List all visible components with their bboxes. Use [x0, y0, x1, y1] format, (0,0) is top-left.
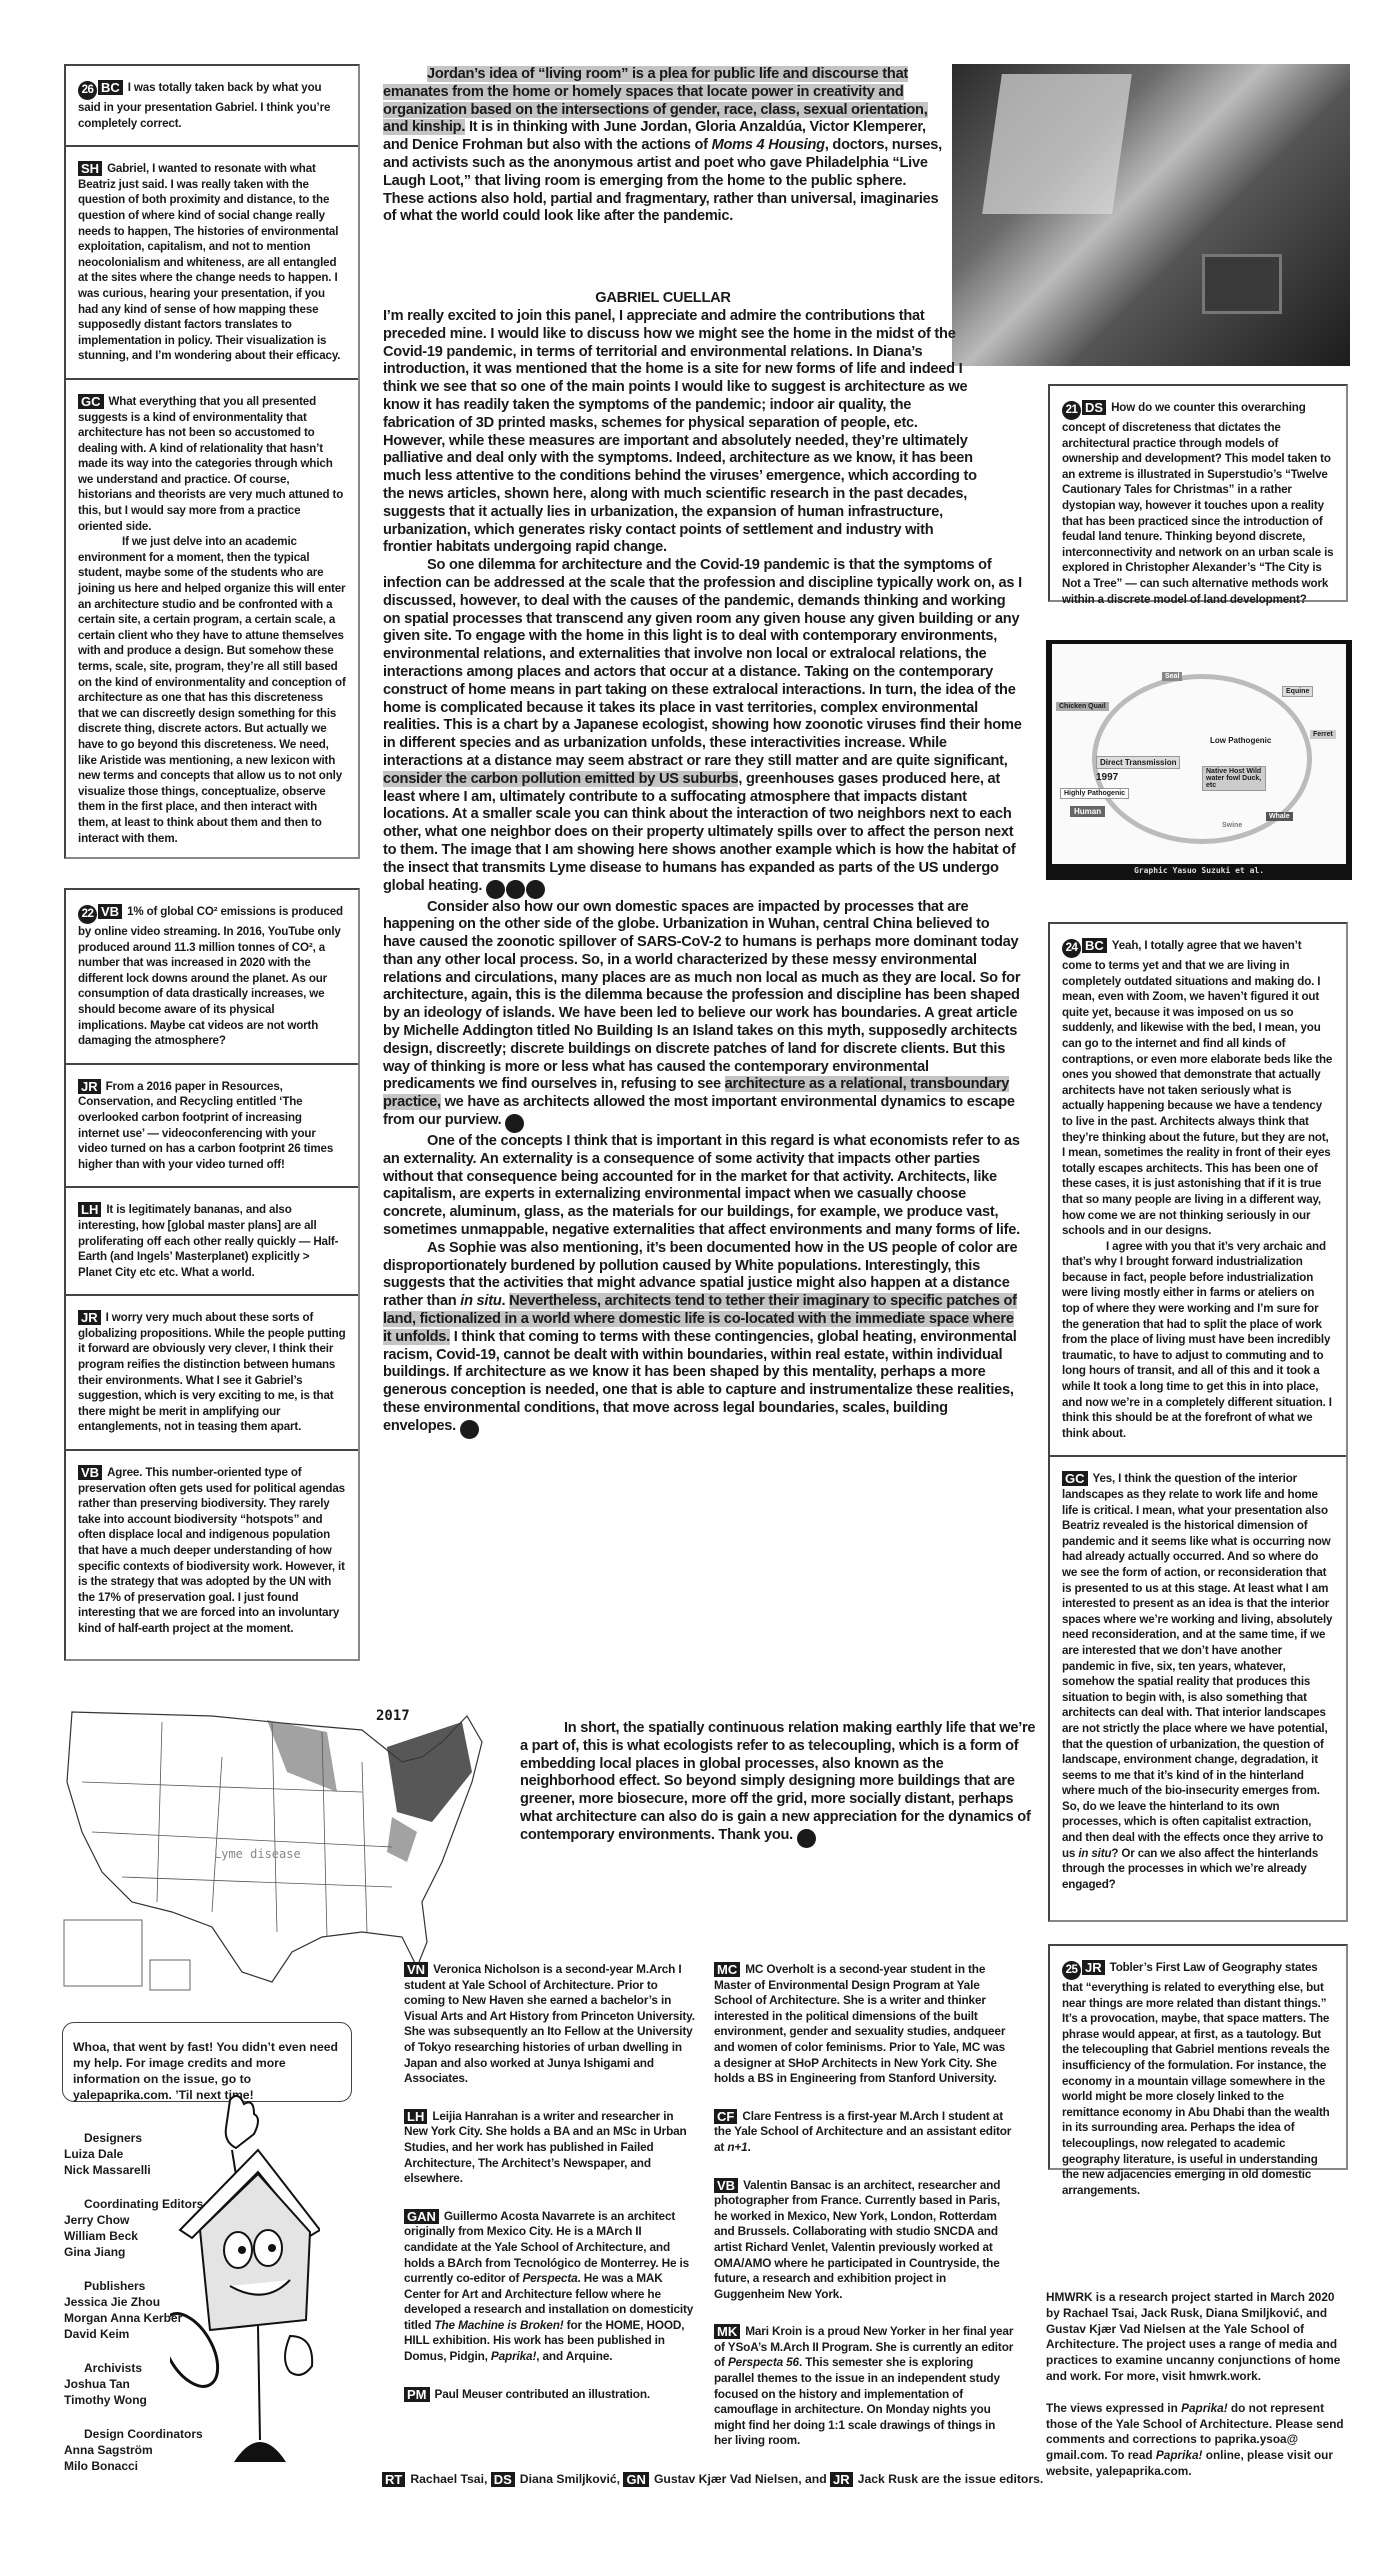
credit-group: Designers Luiza Dale Nick Massarelli [64, 2130, 214, 2178]
credit-name: Timothy Wong [64, 2392, 214, 2408]
editor-name: Rachael Tsai, [410, 2472, 487, 2486]
bio-text: Leijia Hanrahan is a writer and research… [404, 2109, 687, 2185]
comment-ds-21: 21DSHow do we counter this overarching c… [1050, 386, 1346, 621]
credit-role: Archivists [64, 2360, 214, 2376]
diagram-label-ferret: Ferret [1310, 730, 1336, 739]
footnote-marker: 26 [797, 1829, 816, 1848]
footnote-marker: 23 [526, 880, 545, 899]
footnote-marker: 26 [78, 81, 97, 100]
credit-role: Publishers [64, 2278, 214, 2294]
bio-vb: VBValentin Bansac is an architect, resea… [714, 2178, 1014, 2303]
credit-role: Coordinating Editors [64, 2196, 214, 2212]
diagram-caption: Graphic Yasuo Suzuki et al. [1046, 866, 1352, 875]
comment-jr-25: 25JRTobler’s First Law of Geography stat… [1050, 1946, 1346, 2212]
publication-name: Paprika! [1156, 2448, 1203, 2462]
bio-italic: n+1 [727, 2140, 747, 2154]
comment-box-left-2: 22VB1% of global CO² emissions is produc… [64, 888, 360, 1661]
comment-jr-2: JRI worry very much about these sorts of… [66, 1296, 358, 1451]
bio-italic: The Machine is Broken! [434, 2318, 563, 2332]
credit-name: Luiza Dale [64, 2146, 214, 2162]
comment-text: It is legitimately bananas, and also int… [78, 1203, 338, 1278]
comment-gc: GCWhat everything that you all presented… [66, 380, 358, 860]
paragraph-2: So one dilemma for architecture and the … [383, 557, 1023, 898]
speaker-name: GABRIEL CUELLAR [595, 290, 730, 306]
footnote-marker: 22 [78, 905, 97, 924]
footnote-marker: 25 [460, 1420, 479, 1439]
editor-name: Gustav Kjær Vad Nielsen, and [654, 2472, 827, 2486]
bio-italic: Perspecta [522, 2271, 577, 2285]
comment-box-right-3: 25JRTobler’s First Law of Geography stat… [1048, 1944, 1348, 2170]
bio-text: Valentin Bansac is an architect, researc… [714, 2178, 1000, 2301]
author-badge: GAN [404, 2209, 439, 2224]
comment-text: Agree. This number-oriented type of pres… [78, 1466, 345, 1635]
paragraph-5: As Sophie was also mentioning, it’s been… [383, 1240, 1023, 1439]
author-badge: LH [404, 2109, 427, 2124]
comment-box-right-1: 21DSHow do we counter this overarching c… [1048, 384, 1348, 602]
credit-name: William Beck [64, 2228, 214, 2244]
bio-text: , and Arquine. [536, 2349, 612, 2363]
credit-name: Anna Sagström [64, 2442, 214, 2458]
bio-lh: LHLeijia Hanrahan is a writer and resear… [404, 2109, 696, 2187]
bio-text: Paul Meuser contributed an illustration. [435, 2387, 651, 2401]
author-badge: GC [1062, 1471, 1088, 1486]
footnote-marker: 25 [1062, 1961, 1081, 1980]
disclaimer-text: The views expressed in [1046, 2401, 1181, 2415]
contributor-bios-col2: MCMC Overholt is a second-year student i… [714, 1962, 1014, 2471]
bio-gan: GANGuillermo Acosta Navarrete is an arch… [404, 2209, 696, 2365]
bio-mc: MCMC Overholt is a second-year student i… [714, 1962, 1014, 2087]
comment-text: What everything that you all presented s… [78, 395, 343, 533]
disclaimer: The views expressed in Paprika! do not r… [1046, 2401, 1346, 2480]
paragraph-3: Consider also how our own domestic space… [383, 899, 1023, 1134]
diagram-label-1997: 1997 [1096, 772, 1118, 783]
bio-cf: CFClare Fentress is a first-year M.Arch … [714, 2109, 1014, 2156]
comment-gc-2: GCYes, I think the question of the inter… [1050, 1457, 1346, 1906]
author-badge: VB [98, 904, 122, 919]
credit-name: Jerry Chow [64, 2212, 214, 2228]
credit-name: Gina Jiang [64, 2244, 214, 2260]
bio-italic: Paprika! [491, 2349, 536, 2363]
article-text: I think that coming to terms with these … [383, 1329, 1017, 1434]
author-badge: GN [623, 2472, 649, 2487]
comment-text-continued: If we just delve into an academic enviro… [78, 534, 346, 846]
comment-text: I worry very much about these sorts of g… [78, 1311, 346, 1433]
comment-box-right-2: 24BCYeah, I totally agree that we haven’… [1048, 922, 1348, 1922]
speaker-heading: GABRIEL CUELLAR [383, 290, 943, 308]
comment-text: From a 2016 paper in Resources, Conserva… [78, 1080, 333, 1171]
highlighted-quote: consider the carbon pollution emitted by… [383, 771, 738, 787]
comment-lh: LHIt is legitimately bananas, and also i… [66, 1188, 358, 1296]
comment-vb-22: 22VB1% of global CO² emissions is produc… [66, 890, 358, 1065]
paragraph-6: In short, the spatially continuous relat… [520, 1720, 1040, 1848]
footnote-marker: 21 [486, 880, 505, 899]
credit-group: Archivists Joshua Tan Timothy Wong [64, 2360, 214, 2408]
credit-name: Milo Bonacci [64, 2458, 214, 2474]
author-badge: VB [78, 1465, 102, 1480]
diagram-label-highly-pathogenic: Highly Pathogenic [1060, 788, 1129, 799]
bio-text: Clare Fentress is a first-year M.Arch I … [714, 2109, 1011, 2154]
credit-group: Publishers Jessica Jie Zhou Morgan Anna … [64, 2278, 214, 2342]
photo-window-light [982, 74, 1132, 214]
comment-jr: JRFrom a 2016 paper in Resources, Conser… [66, 1065, 358, 1189]
diagram-label-human: Human [1070, 806, 1105, 817]
editor-name: Diana Smiljković, [520, 2472, 620, 2486]
bio-text: . [748, 2140, 751, 2154]
author-badge: GC [78, 394, 104, 409]
author-badge: VB [714, 2178, 738, 2193]
article-text: . [502, 1293, 510, 1309]
credit-name: Morgan Anna Kerber [64, 2310, 214, 2326]
map-disease-label: Lyme disease [214, 1847, 301, 1861]
diagram-label-chicken: Chicken Quail [1056, 702, 1109, 711]
issue-editors-line: RTRachael Tsai, DSDiana Smiljković, GNGu… [382, 2472, 1022, 2487]
map-year-label: 2017 [376, 1708, 410, 1724]
author-badge: JR [830, 2472, 853, 2487]
photo-screen [1202, 254, 1282, 314]
article-text: So one dilemma for architecture and the … [383, 557, 1022, 769]
hmwrk-text: HMWRK is a research project started in M… [1046, 2290, 1346, 2385]
author-badge: VN [404, 1962, 428, 1977]
credit-role: Designers [64, 2130, 214, 2146]
article-body-upper: I’m really excited to join this panel, I… [383, 308, 1019, 1439]
comment-text: 1% of global CO² emissions is produced b… [78, 905, 343, 1047]
author-badge: BC [98, 80, 123, 95]
credit-name: Joshua Tan [64, 2376, 214, 2392]
footnote-marker: 24 [1062, 939, 1081, 958]
comment-bc-26: 26BCI was totally taken back by what you… [66, 66, 358, 147]
diagram-label-native-host: Native Host Wild water fowl Duck, etc [1202, 766, 1266, 791]
author-badge: CF [714, 2109, 737, 2124]
article-text: In short, the spatially continuous relat… [520, 1720, 1035, 1843]
masthead-credits: Designers Luiza Dale Nick Massarelli Coo… [64, 2130, 214, 2492]
credit-name: Nick Massarelli [64, 2162, 214, 2178]
author-badge: DS [1082, 400, 1106, 415]
diagram-label-swine: Swine [1222, 822, 1242, 829]
paragraph-1: I’m really excited to join this panel, I… [383, 308, 983, 557]
diagram-panel: Chicken Quail Seal Equine Ferret Low Pat… [1052, 644, 1346, 864]
bio-text: MC Overholt is a second-year student in … [714, 1962, 1005, 2085]
author-badge: DS [491, 2472, 515, 2487]
comment-box-left-1: 26BCI was totally taken back by what you… [64, 64, 360, 859]
comment-vb: VBAgree. This number-oriented type of pr… [66, 1451, 358, 1651]
bio-vn: VNVeronica Nicholson is a second-year M.… [342, 1962, 696, 2087]
article-text: we have as architects allowed the most i… [383, 1094, 1015, 1128]
comment-text-continued: I agree with you that it’s very archaic … [1062, 1239, 1334, 1442]
author-badge: JR [1082, 1960, 1105, 1975]
author-badge: JR [78, 1079, 101, 1094]
comment-text: Tobler’s First Law of Geography states t… [1062, 1961, 1330, 2197]
diagram-label-low-pathogenic: Low Pathogenic [1210, 736, 1271, 745]
author-badge: SH [78, 161, 102, 176]
bio-mk: MKMari Kroin is a proud New Yorker in he… [714, 2324, 1014, 2449]
credit-group: Design Coordinators Anna Sagström Milo B… [64, 2426, 214, 2474]
comment-bc-24: 24BCYeah, I totally agree that we haven’… [1050, 924, 1346, 1457]
zoonotic-virus-diagram: Chicken Quail Seal Equine Ferret Low Pat… [1046, 640, 1352, 880]
article-text: Consider also how our own domestic space… [383, 899, 1020, 1093]
author-badge: BC [1082, 938, 1107, 953]
credit-name: David Keim [64, 2326, 214, 2342]
article-italic: Moms 4 Housing [712, 137, 825, 153]
hmwrk-blurb: HMWRK is a research project started in M… [1046, 2290, 1346, 2480]
author-badge: JR [78, 1310, 101, 1325]
author-badge: RT [382, 2472, 405, 2487]
article-text: , greenhouses gases produced here, at le… [383, 771, 1015, 894]
footnote-marker: 21 [1062, 401, 1081, 420]
diagram-label-direct: Direct Transmission [1096, 756, 1180, 769]
bio-italic: Perspecta 56 [728, 2355, 799, 2369]
lyme-disease-map: 2017 Lyme disease [62, 1702, 492, 2002]
bio-pm: PMPaul Meuser contributed an illustratio… [404, 2387, 696, 2403]
article-italic: in situ [460, 1293, 501, 1309]
comment-italic: in situ [1078, 1847, 1111, 1860]
diagram-label-equine: Equine [1282, 686, 1313, 697]
diagram-label-whale: Whale [1266, 812, 1293, 821]
editor-name: Jack Rusk are the issue editors. [858, 2472, 1044, 2486]
credit-name: Jessica Jie Zhou [64, 2294, 214, 2310]
comment-text: How do we counter this overarching conce… [1062, 401, 1333, 606]
comment-text: Yeah, I totally agree that we haven’t co… [1062, 939, 1332, 1237]
footnote-marker: 22 [506, 880, 525, 899]
credit-group: Coordinating Editors Jerry Chow William … [64, 2196, 214, 2260]
author-badge: PM [404, 2387, 430, 2402]
author-badge: MK [714, 2324, 740, 2339]
paragraph-4: One of the concepts I think that is impo… [383, 1133, 1023, 1240]
author-badge: MC [714, 1962, 740, 1977]
comment-text: Gabriel, I wanted to resonate with what … [78, 162, 340, 362]
comment-sh: SHGabriel, I wanted to resonate with wha… [66, 147, 358, 380]
author-badge: LH [78, 1202, 101, 1217]
footnote-marker: 24 [505, 1114, 524, 1133]
publication-name: Paprika! [1181, 2401, 1228, 2415]
diagram-label-seal: Seal [1162, 672, 1182, 681]
contributor-bios-col1: VNVeronica Nicholson is a second-year M.… [404, 1962, 696, 2424]
comment-text: Yes, I think the question of the interio… [1062, 1472, 1332, 1859]
main-article: Jordan’s idea of “living room” is a plea… [383, 66, 943, 226]
credit-role: Design Coordinators [64, 2426, 214, 2442]
bio-text: Veronica Nicholson is a second-year M.Ar… [404, 1962, 695, 2085]
